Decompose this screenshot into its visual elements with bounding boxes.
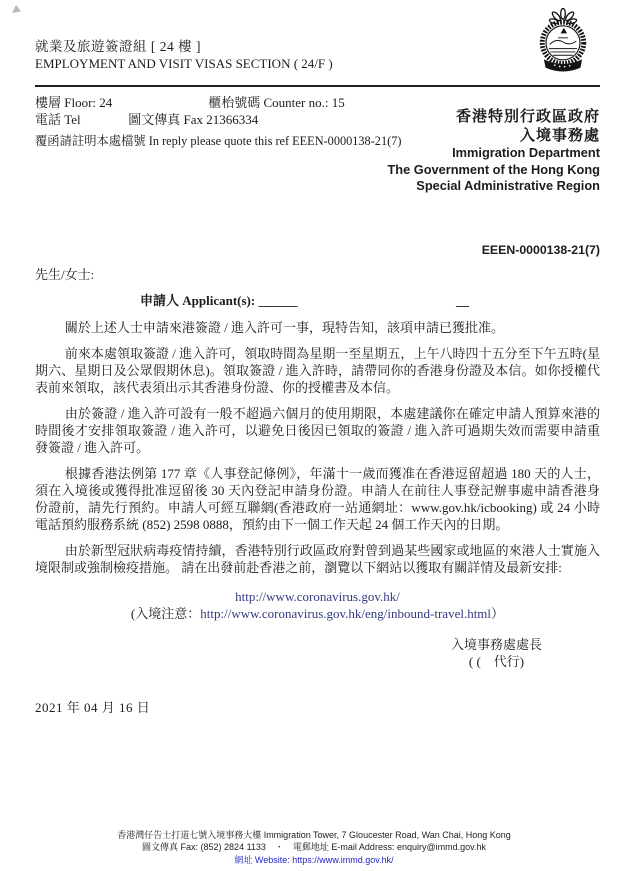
header-divider — [35, 85, 600, 87]
section-title-english: EMPLOYMENT AND VISIT VISAS SECTION ( 24/… — [35, 55, 333, 72]
immigration-department-emblem-icon — [538, 8, 588, 80]
fax-label: 圖文傳真 Fax 21366334 — [128, 111, 258, 128]
counter-label: 櫃枱號碼 Counter no.: 15 — [208, 94, 345, 111]
covid-links: http://www.coronavirus.gov.hk/ (入境注意：htt… — [35, 588, 600, 622]
coronavirus-link-line: http://www.coronavirus.gov.hk/ — [35, 588, 600, 605]
gov-title-english-3: Special Administrative Region — [387, 178, 600, 195]
paragraph-covid: 由於新型冠狀病毒疫情持續，香港特別行政區政府對曾到過某些國家或地區的來港人士實施… — [35, 542, 600, 576]
inbound-travel-link-line: (入境注意：http://www.coronavirus.gov.hk/eng/… — [35, 605, 600, 622]
tel-label: 電話 Tel — [35, 111, 125, 128]
section-titles: 就業及旅遊簽證組 [ 24 樓 ] EMPLOYMENT AND VISIT V… — [35, 34, 333, 72]
salutation: 先生/女士: — [35, 266, 600, 283]
coronavirus-link[interactable]: http://www.coronavirus.gov.hk/ — [235, 589, 400, 604]
signoff-block: 入境事務處處長 ( ( 代行) — [451, 636, 542, 670]
footer-fax-email: 圖文傳真 Fax: (852) 2824 1133 ・ 電郵地址 E-mail … — [0, 841, 628, 854]
letter-date: 2021 年 04 月 16 日 — [35, 699, 600, 716]
footer-website-label: 網址 Website: — [234, 855, 292, 865]
applicant-blank-field: __ — [456, 292, 469, 309]
contact-block: 樓層 Floor: 24 櫃枱號碼 Counter no.: 15 電話 Tel… — [35, 94, 600, 150]
footer-address: 香港灣仔告士打道七號入境事務大樓 Immigration Tower, 7 Gl… — [0, 829, 628, 842]
inbound-link-prefix: (入境注意： — [131, 606, 200, 621]
paragraph-collection: 前來本處領取簽證 / 進入許可，領取時間為星期一至星期五，上午八時四十五分至下午… — [35, 345, 600, 396]
floor-label: 樓層 Floor: 24 — [35, 94, 205, 111]
letter-footer: 香港灣仔告士打道七號入境事務大樓 Immigration Tower, 7 Gl… — [0, 829, 628, 867]
section-title-chinese: 就業及旅遊簽證組 [ 24 樓 ] — [35, 38, 333, 55]
gov-title-chinese-1: 香港特別行政區政府 — [387, 108, 600, 127]
gov-title-english-1: Immigration Department — [387, 145, 600, 162]
signoff-pp: ( ( 代行) — [451, 653, 542, 670]
paragraph-validity: 由於簽證 / 進入許可設有一般不超過六個月的使用期限，本處建議你在確定申請人預算… — [35, 405, 600, 456]
gov-title-english-2: The Government of the Hong Kong — [387, 162, 600, 179]
applicant-line: 申請人 Applicant(s): ______ __ — [35, 292, 600, 310]
footer-website-link[interactable]: https://www.immd.gov.hk/ — [292, 855, 393, 865]
letter-page: 就業及旅遊簽證組 [ 24 樓 ] EMPLOYMENT AND VISIT V… — [0, 0, 628, 871]
scan-artifact-mark — [12, 5, 21, 13]
paragraph-approval: 關於上述人士申請來港簽證 / 進入許可一事，現特告知，該項申請已獲批准。 — [35, 319, 600, 336]
inbound-link-suffix: ） — [491, 606, 504, 621]
applicant-label: 申請人 Applicant(s): ______ — [140, 292, 297, 309]
inbound-travel-link[interactable]: http://www.coronavirus.gov.hk/eng/inboun… — [200, 606, 491, 621]
gov-title-chinese-2: 入境事務處 — [387, 127, 600, 146]
letter-header: 就業及旅遊簽證組 [ 24 樓 ] EMPLOYMENT AND VISIT V… — [35, 34, 600, 80]
footer-website-line: 網址 Website: https://www.immd.gov.hk/ — [0, 854, 628, 867]
signoff-title: 入境事務處處長 — [451, 636, 542, 653]
paragraph-registration: 根據香港法例第 177 章《人事登記條例》，年滿十一歲而獲准在香港逗留超過 18… — [35, 465, 600, 533]
reference-number: EEEN-0000138-21(7) — [35, 242, 600, 259]
government-letterhead: 香港特別行政區政府 入境事務處 Immigration Department T… — [387, 108, 600, 195]
